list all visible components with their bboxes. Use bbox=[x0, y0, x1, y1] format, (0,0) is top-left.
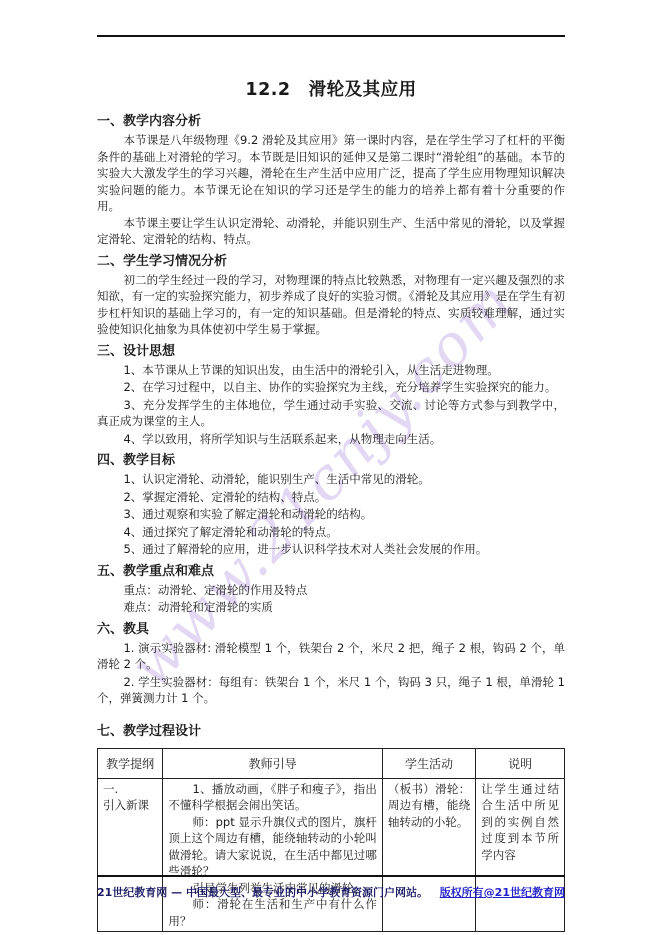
section-heading-teaching-aids: 六、教具 bbox=[97, 621, 565, 638]
teaching-process-table: 教学提纲 教师引导 学生活动 说明 一. 引入新课 1、播放动画，《胖子和瘦子》… bbox=[97, 748, 565, 933]
teacher-paragraph: 1、播放动画，《胖子和瘦子》，指出不懂科学根据会闹出笑话。 bbox=[168, 781, 376, 814]
teacher-paragraph: 师：ppt 显示升旗仪式的图片，旗杆顶上这个周边有槽，能绕轴转动的小轮叫做滑轮。… bbox=[168, 814, 376, 880]
list-item: 4、学以致用，将所学知识与生活联系起来，从物理走向生活。 bbox=[97, 431, 565, 448]
list-item: 3、充分发挥学生的主体地位，学生通过动手实验、交流、讨论等方式参与到教学中，真正… bbox=[97, 397, 565, 430]
paragraph: 本节课是八年级物理《9.2 滑轮及其应用》第一课时内容，是在学生学习了杠杆的平衡… bbox=[97, 132, 565, 215]
list-item: 1、认识定滑轮、动滑轮，能识别生产、生活中常见的滑轮。 bbox=[97, 471, 565, 488]
outline-number: 一. bbox=[103, 781, 157, 798]
document-content: 12.2 滑轮及其应用 一、教学内容分析 本节课是八年级物理《9.2 滑轮及其应… bbox=[97, 76, 565, 932]
section-heading-design-idea: 三、设计思想 bbox=[97, 343, 565, 360]
footer-rule bbox=[97, 875, 565, 877]
table-header-row: 教学提纲 教师引导 学生活动 说明 bbox=[98, 748, 565, 778]
list-item: 1、本节课从上节课的知识出发，由生活中的滑轮引入，从生活走进物理。 bbox=[97, 362, 565, 379]
copyright-link[interactable]: 版权所有@21世纪教育网 bbox=[440, 884, 565, 900]
section-heading-content-analysis: 一、教学内容分析 bbox=[97, 113, 565, 130]
list-item: 2、掌握定滑轮、定滑轮的结构、特点。 bbox=[97, 489, 565, 506]
difficult-point-line: 难点：动滑轮和定滑轮的实质 bbox=[97, 599, 565, 616]
table-row: 一. 引入新课 1、播放动画，《胖子和瘦子》，指出不懂科学根据会闹出笑话。 师：… bbox=[98, 778, 565, 932]
teacher-paragraph: 师：滑轮在生活和生产中有什么作用？ bbox=[168, 896, 376, 929]
footer-site-description: 21世纪教育网 — 中国最大型、最专业的中小学教育资源门户网站。 bbox=[97, 884, 428, 900]
section-heading-process-design: 七、教学过程设计 bbox=[97, 723, 565, 740]
list-item: 3、通过观察和实验了解定滑轮和动滑轮的结构。 bbox=[97, 506, 565, 523]
student-activity-cell: （板书）滑轮：周边有槽，能绕轴转动的小轮。 bbox=[382, 778, 475, 932]
list-item: 1. 演示实验器材: 滑轮模型 1 个，铁架台 2 个，米尺 2 把，绳子 2 … bbox=[97, 640, 565, 673]
teacher-guidance-cell: 1、播放动画，《胖子和瘦子》，指出不懂科学根据会闹出笑话。 师：ppt 显示升旗… bbox=[163, 778, 382, 932]
list-item: 2、在学习过程中，以自主、协作的实验探究为主线，充分培养学生实验探究的能力。 bbox=[97, 379, 565, 396]
notes-cell: 让学生通过结合生活中所见到的实例自然过度到本节所学内容 bbox=[476, 778, 565, 932]
list-item: 4、通过探究了解定滑轮和动滑轮的特点。 bbox=[97, 524, 565, 541]
key-point-line: 重点：动滑轮、定滑轮的作用及特点 bbox=[97, 582, 565, 599]
section-heading-student-analysis: 二、学生学习情况分析 bbox=[97, 253, 565, 270]
column-header-notes: 说明 bbox=[476, 748, 565, 778]
page-footer: 21世纪教育网 — 中国最大型、最专业的中小学教育资源门户网站。 版权所有@21… bbox=[97, 875, 565, 900]
section-heading-key-points: 五、教学重点和难点 bbox=[97, 563, 565, 580]
paragraph: 本节课主要让学生认识定滑轮、动滑轮，并能识别生产、生活中常见的滑轮，以及掌握定滑… bbox=[97, 215, 565, 248]
footer-row: 21世纪教育网 — 中国最大型、最专业的中小学教育资源门户网站。 版权所有@21… bbox=[97, 884, 565, 900]
page-title: 12.2 滑轮及其应用 bbox=[97, 76, 565, 101]
document-page: www.21cnjy.com 12.2 滑轮及其应用 一、教学内容分析 本节课是… bbox=[0, 0, 661, 935]
column-header-student-activity: 学生活动 bbox=[382, 748, 475, 778]
column-header-outline: 教学提纲 bbox=[98, 748, 163, 778]
header-rule bbox=[97, 35, 565, 37]
outline-cell: 一. 引入新课 bbox=[98, 778, 163, 932]
list-item: 2. 学生实验器材：每组有：铁架台 1 个，米尺 1 个，钩码 3 只，绳子 1… bbox=[97, 674, 565, 707]
outline-label: 引入新课 bbox=[103, 797, 157, 814]
list-item: 5、通过了解滑轮的应用，进一步认识科学技术对人类社会发展的作用。 bbox=[97, 541, 565, 558]
column-header-teacher-guidance: 教师引导 bbox=[163, 748, 382, 778]
paragraph: 初二的学生经过一段的学习，对物理课的特点比较熟悉，对物理有一定兴趣及强烈的求知欲… bbox=[97, 272, 565, 338]
section-heading-teaching-goals: 四、教学目标 bbox=[97, 452, 565, 469]
